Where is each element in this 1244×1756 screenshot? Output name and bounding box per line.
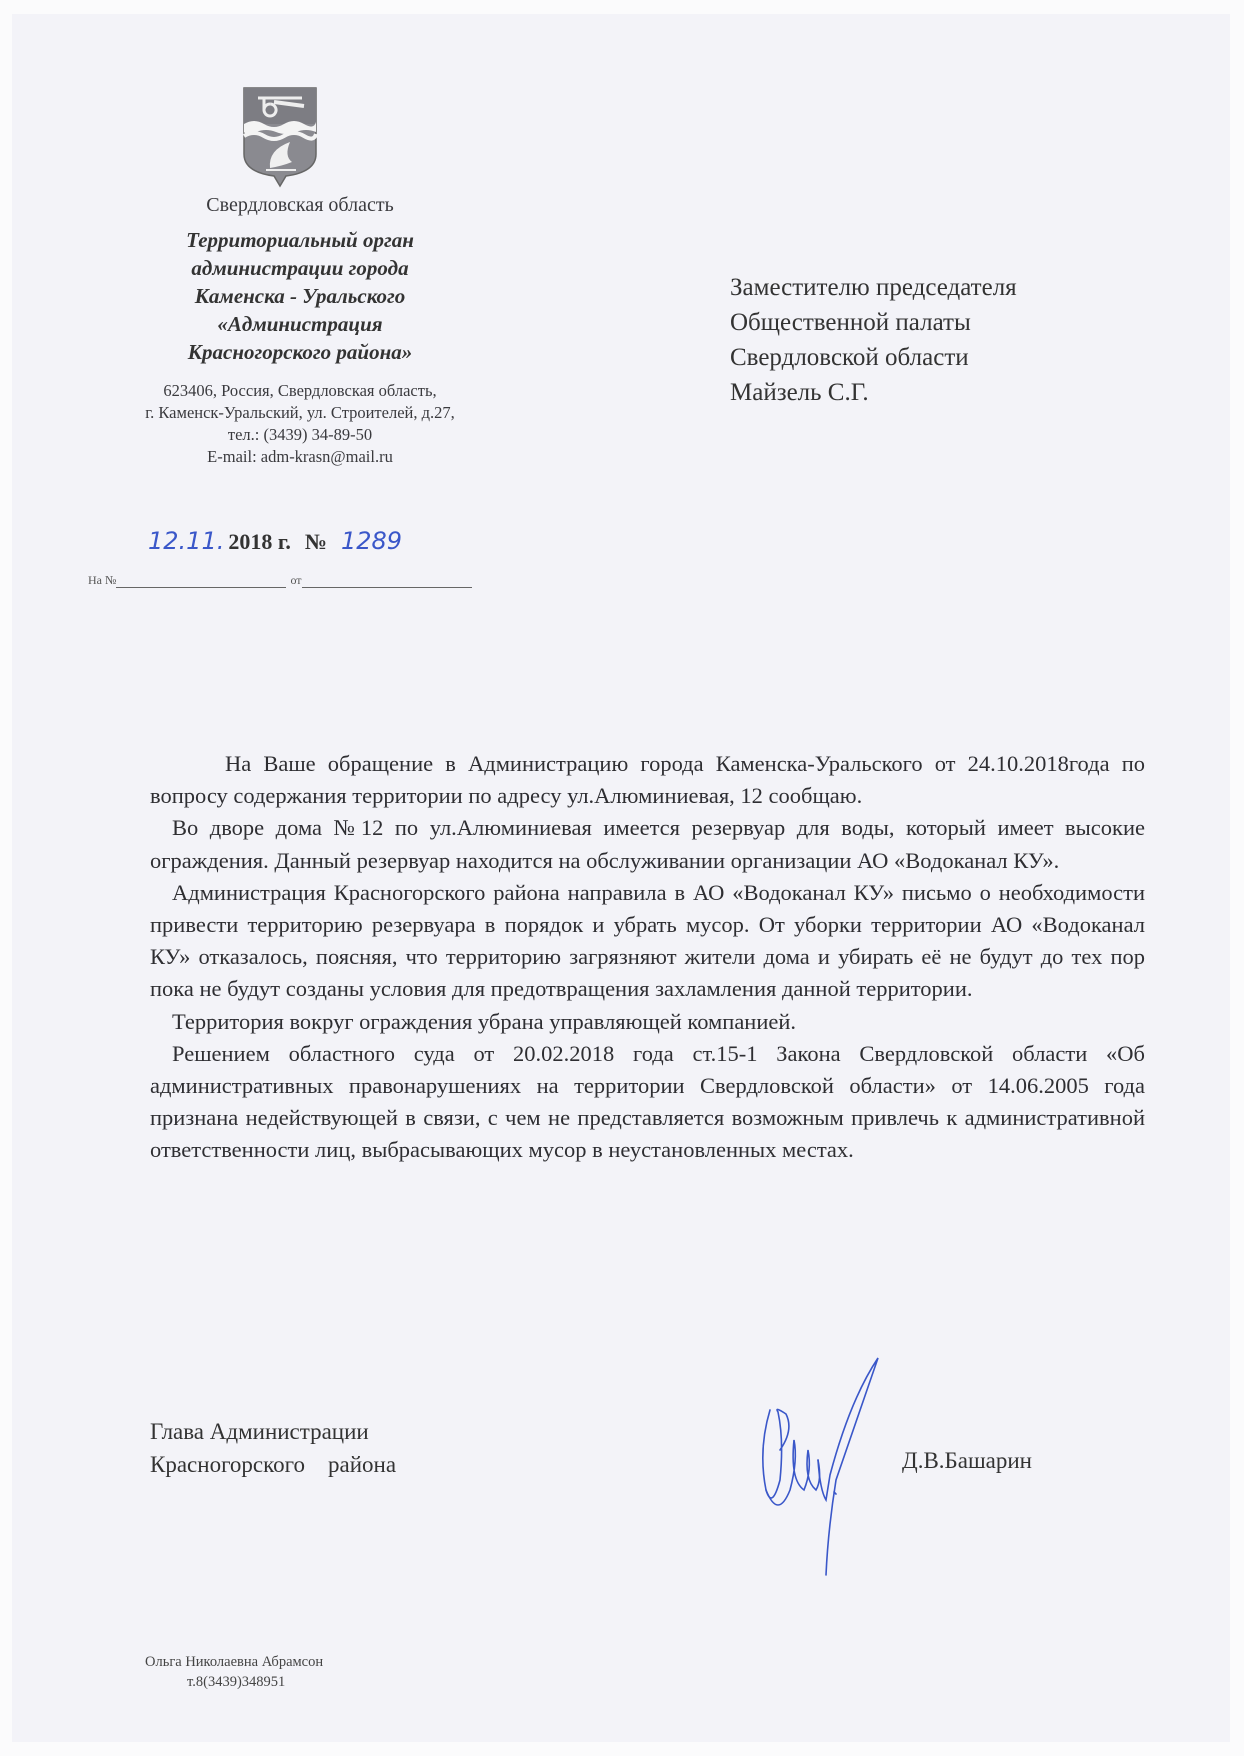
- address-line: г. Каменск-Уральский, ул. Строителей, д.…: [90, 402, 510, 424]
- reference-line: На № от: [88, 573, 472, 588]
- executor-name: Ольга Николаевна Абрамсон: [145, 1652, 323, 1672]
- paragraph: Администрация Красногорского района напр…: [150, 877, 1145, 1006]
- recipient-line: Свердловской области: [730, 340, 1017, 375]
- org-line: «Администрация: [90, 310, 510, 338]
- ref-number-label: На №: [88, 573, 116, 588]
- number-sign: №: [305, 529, 327, 555]
- recipient-line: Общественной палаты: [730, 305, 1017, 340]
- executor-block: Ольга Николаевна Абрамсон т.8(3439)34895…: [145, 1652, 323, 1692]
- coat-of-arms-icon: [240, 84, 320, 188]
- signatory-position: Глава Администрации Красногорского район…: [150, 1415, 396, 1481]
- org-line: Красногорского района»: [90, 338, 510, 366]
- org-line: администрации города: [90, 254, 510, 282]
- handwritten-signature-icon: [750, 1340, 900, 1580]
- sender-letterhead: Свердловская область Территориальный орг…: [90, 192, 510, 468]
- executor-phone: т.8(3439)348951: [145, 1672, 323, 1692]
- sender-organization: Территориальный орган администрации горо…: [90, 226, 510, 366]
- phone-line: тел.: (3439) 34-89-50: [90, 424, 510, 446]
- ref-number-blank: [116, 575, 286, 588]
- paragraph: Территория вокруг ограждения убрана упра…: [150, 1006, 1145, 1038]
- org-line: Территориальный орган: [90, 226, 510, 254]
- recipient-line: Заместителю председателя: [730, 270, 1017, 305]
- ref-date-blank: [302, 575, 472, 588]
- ref-from-label: от: [290, 573, 301, 588]
- year-label: 2018 г.: [228, 529, 291, 555]
- org-line: Каменска - Уральского: [90, 282, 510, 310]
- paragraph: Во дворе дома №12 по ул.Алюминиевая имее…: [150, 812, 1145, 876]
- sender-region: Свердловская область: [90, 192, 510, 218]
- handwritten-number: 1289: [341, 527, 402, 555]
- signatory-name: Д.В.Башарин: [902, 1448, 1032, 1474]
- recipient-name: Майзель С.Г.: [730, 375, 1017, 410]
- position-line: Глава Администрации: [150, 1415, 396, 1448]
- position-line: Красногорского района: [150, 1448, 396, 1481]
- address-line: 623406, Россия, Свердловская область,: [90, 380, 510, 402]
- sender-address: 623406, Россия, Свердловская область, г.…: [90, 380, 510, 468]
- paragraph: На Ваше обращение в Администрацию города…: [150, 748, 1145, 812]
- recipient-block: Заместителю председателя Общественной па…: [730, 270, 1017, 410]
- email-line: E-mail: adm-krasn@mail.ru: [90, 446, 510, 468]
- paragraph: Решением областного суда от 20.02.2018 г…: [150, 1038, 1145, 1167]
- handwritten-date: 12.11.: [148, 527, 224, 555]
- letter-body: На Ваше обращение в Администрацию города…: [150, 748, 1145, 1167]
- registration-line: 12.11. 2018 г. № 1289: [148, 527, 402, 555]
